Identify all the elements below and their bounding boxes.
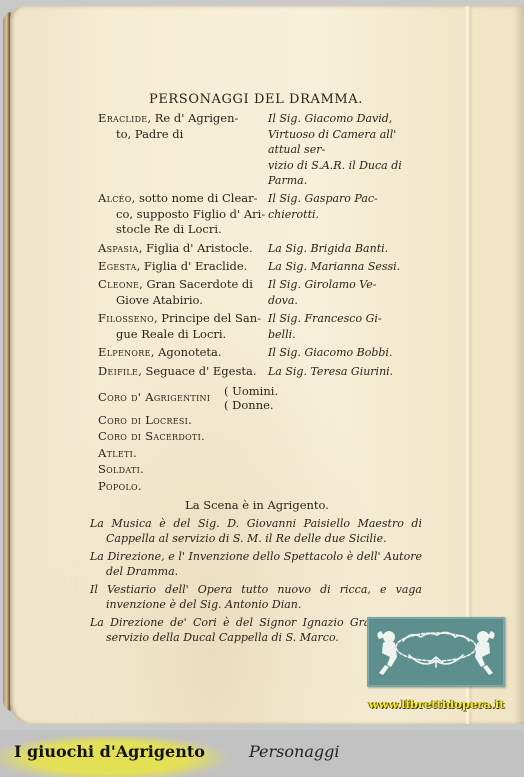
cast-row: Alcéo, sotto nome di Clear-co, supposto … xyxy=(98,191,418,237)
role-description: Egesta, Figlia d' Eraclide. xyxy=(98,259,268,274)
role-desc-line: gue Reale di Locri. xyxy=(116,327,226,341)
cast-row: Deifile, Seguace d' Egesta.La Sig. Teres… xyxy=(98,364,418,379)
role-desc-line: , Re d' Agrigen- xyxy=(147,111,238,125)
role-description: Filosseno, Principe del San-gue Reale di… xyxy=(98,311,268,342)
role-desc-line: co, supposto Figlio d' Ari- xyxy=(116,207,265,221)
singer-line: Il Sig. Girolamo Ve- xyxy=(268,277,418,292)
singer-line: dova. xyxy=(268,293,418,308)
singer-line: Il Sig. Giacomo David, xyxy=(268,111,418,126)
other-character: Popolo. xyxy=(98,479,418,494)
caption-bar: I giuochi d'Agrigento Personaggi xyxy=(0,730,524,777)
cast-row: Aspasia, Figlia d' Aristocle.La Sig. Bri… xyxy=(98,241,418,256)
opera-title: I giuochi d'Agrigento xyxy=(14,742,205,761)
singer-line: Virtuoso di Camera all' attual ser- xyxy=(268,127,418,158)
role-desc-line: to, Padre di xyxy=(116,127,183,141)
other-character: Coro di Locresi. xyxy=(98,413,418,428)
singer-name: Il Sig. Francesco Gi-belli. xyxy=(268,311,418,342)
other-character: Atleti. xyxy=(98,446,418,461)
role-name: Filosseno xyxy=(98,311,154,325)
singer-line: chierotti. xyxy=(268,207,418,222)
role-name: Aspasia xyxy=(98,241,139,255)
watermark-banner xyxy=(367,617,505,687)
singer-line: Il Sig. Giacomo Bobbi. xyxy=(268,345,418,360)
page-heading: PERSONAGGI DEL DRAMMA. xyxy=(94,92,418,107)
singer-name: Il Sig. Gasparo Pac-chierotti. xyxy=(268,191,418,237)
role-desc-line: , Seguace d' Egesta. xyxy=(138,364,256,378)
row-gap xyxy=(98,379,418,382)
role-name: Alcéo xyxy=(98,191,132,205)
section-label: Personaggi xyxy=(249,742,339,761)
role-desc-line: , sotto nome di Clear- xyxy=(132,191,258,205)
role-desc-line: , Gran Sacerdote di xyxy=(139,277,253,291)
role-description: Aspasia, Figlia d' Aristocle. xyxy=(98,241,268,256)
singer-line: La Sig. Brigida Banti. xyxy=(268,241,418,256)
role-name: Eraclide xyxy=(98,111,147,125)
role-desc-line: , Principe del San- xyxy=(154,311,261,325)
role-desc-line: , Figlia d' Aristocle. xyxy=(139,241,253,255)
singer-name: La Sig. Marianna Sessi. xyxy=(268,259,418,274)
scanned-page-image: PERSONAGGI DEL DRAMMA. Eraclide, Re d' A… xyxy=(0,0,524,730)
role-name: Elpenore xyxy=(98,345,151,359)
watermark-site-url: www.librettidopera.it xyxy=(364,697,509,711)
role-description: Elpenore, Agonoteta. xyxy=(98,345,268,360)
page-text: PERSONAGGI DEL DRAMMA. Eraclide, Re d' A… xyxy=(98,92,418,645)
cast-row: Filosseno, Principe del San-gue Reale di… xyxy=(98,311,418,342)
note-music: La Musica è del Sig. D. Giovanni Paisiel… xyxy=(90,516,422,546)
other-character: Coro di Sacerdoti. xyxy=(98,429,418,444)
role-description: Eraclide, Re d' Agrigen-to, Padre di xyxy=(98,111,268,188)
singer-line: La Sig. Marianna Sessi. xyxy=(268,259,418,274)
page-edge-shadow xyxy=(514,6,524,724)
role-name: Deifile xyxy=(98,364,138,378)
note-direction: La Direzione, e l' Invenzione dello Spet… xyxy=(90,549,422,579)
role-description: Deifile, Seguace d' Egesta. xyxy=(98,364,268,379)
role-description: Cleone, Gran Sacerdote diGiove Atabirio. xyxy=(98,277,268,308)
singer-line: vizio di S.A.R. il Duca di Parma. xyxy=(268,158,418,189)
singer-line: La Sig. Teresa Giurini. xyxy=(268,364,418,379)
scene-location: La Scena è in Agrigento. xyxy=(96,498,418,513)
note-costumes: Il Vestiario dell' Opera tutto nuovo di … xyxy=(90,582,422,612)
role-desc-line: , Figlia d' Eraclide. xyxy=(137,259,248,273)
singer-name: Il Sig. Giacomo David,Virtuoso di Camera… xyxy=(268,111,418,188)
role-desc-line: stocle Re di Locri. xyxy=(116,222,222,236)
role-name: Cleone xyxy=(98,277,139,291)
singer-name: Il Sig. Girolamo Ve-dova. xyxy=(268,277,418,308)
cast-row: Elpenore, Agonoteta.Il Sig. Giacomo Bobb… xyxy=(98,345,418,360)
role-name: Egesta xyxy=(98,259,137,273)
cherubs-with-garland-icon xyxy=(369,619,503,685)
singer-line: Il Sig. Gasparo Pac- xyxy=(268,191,418,206)
other-character: Soldati. xyxy=(98,462,418,477)
singer-line: belli. xyxy=(268,327,418,342)
coro-part: Uomini. xyxy=(224,384,278,398)
role-description: Alcéo, sotto nome di Clear-co, supposto … xyxy=(98,191,268,237)
singer-name: La Sig. Brigida Banti. xyxy=(268,241,418,256)
cast-row: Cleone, Gran Sacerdote diGiove Atabirio.… xyxy=(98,277,418,308)
singer-name: Il Sig. Giacomo Bobbi. xyxy=(268,345,418,360)
coro-label: Coro d' Agrigentini xyxy=(98,390,224,405)
coro-parts: Uomini. Donne. xyxy=(224,384,278,412)
cast-row: Egesta, Figlia d' Eraclide.La Sig. Maria… xyxy=(98,259,418,274)
cast-list: Eraclide, Re d' Agrigen-to, Padre diIl S… xyxy=(98,111,418,382)
role-desc-line: , Agonoteta. xyxy=(151,345,222,359)
coro-part: Donne. xyxy=(224,398,278,412)
cast-row: Eraclide, Re d' Agrigen-to, Padre diIl S… xyxy=(98,111,418,188)
role-desc-line: Giove Atabirio. xyxy=(116,293,203,307)
singer-line: Il Sig. Francesco Gi- xyxy=(268,311,418,326)
singer-name: La Sig. Teresa Giurini. xyxy=(268,364,418,379)
coro-agrigentini: Coro d' Agrigentini Uomini. Donne. xyxy=(98,384,418,412)
